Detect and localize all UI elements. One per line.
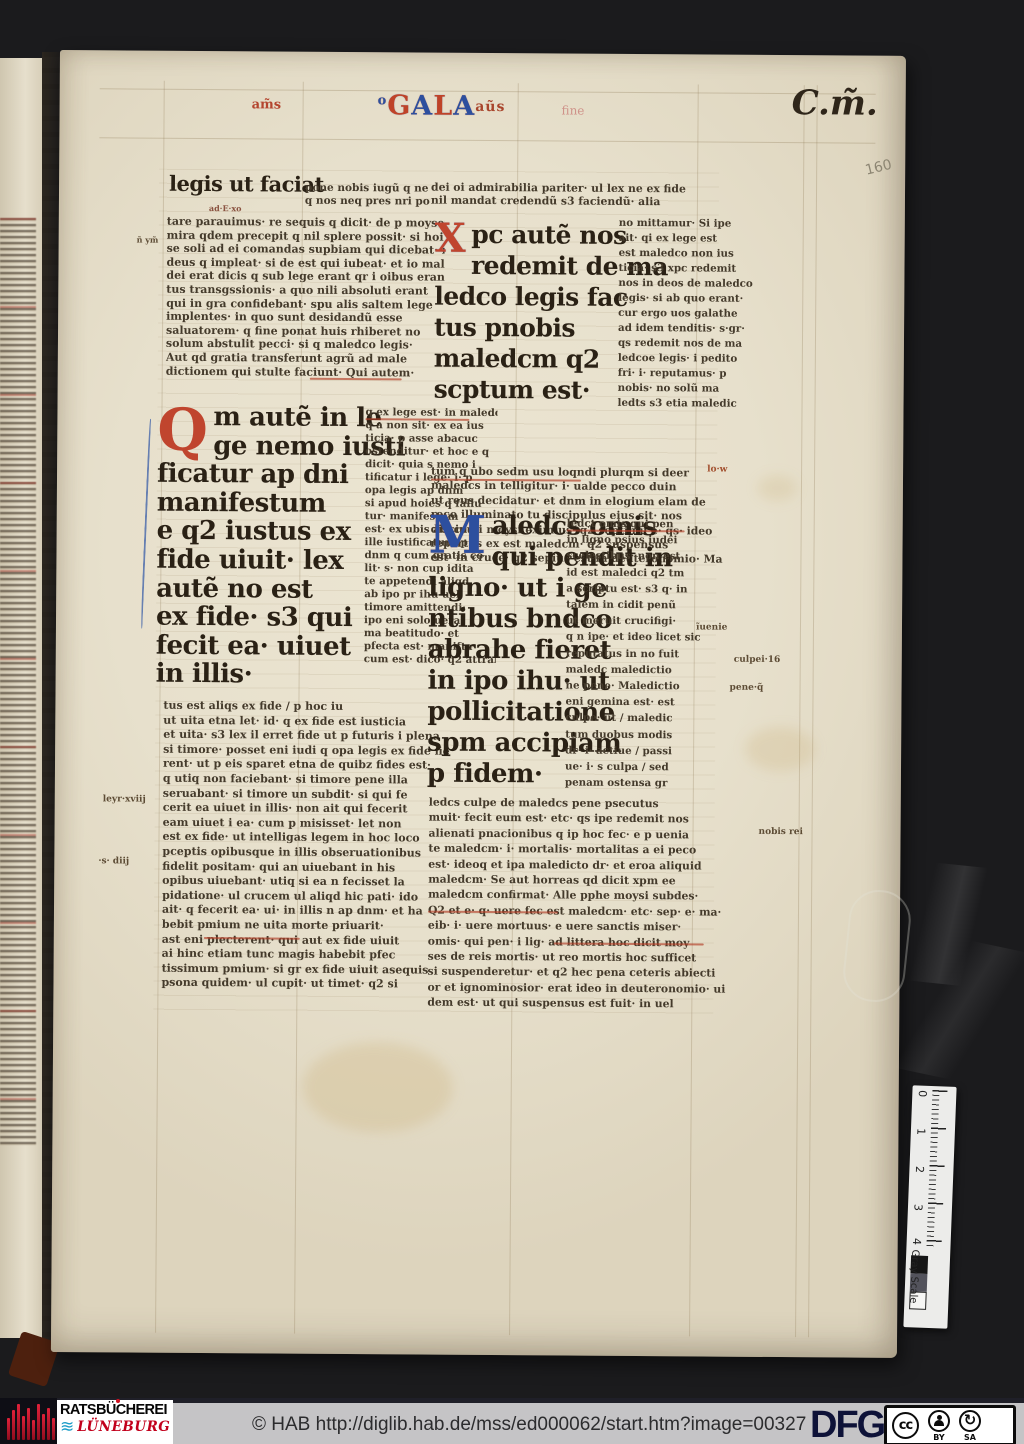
- gloss-line: qs redemit nos de ma: [618, 336, 760, 352]
- gloss-line: ad idem tenditis· s·gr·: [618, 321, 760, 337]
- interlinear-note: ad·E·xo: [209, 203, 242, 213]
- gloss-line: tum duobus modis: [565, 726, 705, 743]
- wave-icon: ≋: [60, 1420, 74, 1434]
- gloss-line: Aut qd gratia transferunt agrũ ad male: [166, 351, 444, 367]
- gloss-line: culpe· ut / maledic: [565, 710, 705, 727]
- gloss-line: fri· i· reputamus· p: [618, 366, 760, 382]
- ruler-major-ticks: [926, 1090, 947, 1248]
- gray-scale-label: Gray Scale: [907, 1249, 920, 1303]
- margin-ruling-line: [808, 85, 818, 1337]
- lemma-line: legis ut faciat: [169, 171, 324, 197]
- gloss-line: ut meruit crucifigi·: [566, 613, 706, 630]
- blue-penwork-flourish: [140, 419, 152, 629]
- gloss-block-D: no mittamur· Si ipeait· qi ex lege estes…: [617, 216, 760, 412]
- gloss-line: nobis· no solũ ma: [618, 381, 760, 397]
- parchment-stain: [302, 1042, 453, 1133]
- ruler-number: 0: [916, 1090, 929, 1102]
- gloss-line: ne pene· Maledictio: [566, 678, 706, 695]
- footer-left-dark-block: [0, 1398, 57, 1444]
- gloss-line: nos in deos de maledco: [618, 276, 760, 292]
- gloss-line: scelestibus· non est: [566, 548, 706, 565]
- gloss-line: in ligno psius iudei: [567, 532, 707, 549]
- title-letter: G: [387, 90, 411, 121]
- title-letter: L: [433, 91, 453, 122]
- gloss-line: reputatus in no fuit: [566, 645, 706, 662]
- library-city: LÜNEBURG: [77, 1419, 170, 1435]
- gloss-block-A: tare parauimus· re sequis q dicit· de p …: [166, 215, 445, 380]
- ruler-number: 3: [911, 1204, 924, 1216]
- gloss-line: dem est· ut qui suspensus est fuit· in u…: [427, 995, 771, 1013]
- running-title-left: am̃s: [252, 97, 282, 112]
- ruler-number: 1: [914, 1128, 927, 1140]
- facing-page-fore-edge: [0, 58, 42, 1338]
- title-letter: A: [411, 90, 433, 121]
- initial-Q: Q: [157, 407, 207, 454]
- lemma-line: ledco legis fac: [434, 281, 622, 313]
- dfg-logo: DFG: [810, 1404, 884, 1444]
- ruler-number: 2: [913, 1166, 926, 1178]
- gloss-line: ait· qi ex lege est: [619, 231, 761, 247]
- cc-by-group: BY: [928, 1410, 950, 1442]
- scan-viewport: am̃s oGALAaũs fine C.m̃. 160 legis ut fa…: [0, 0, 1024, 1444]
- cc-by-person-icon: [928, 1410, 950, 1432]
- library-logo-box: RATSBÜCHEREI ≋ LÜNEBURG: [57, 1400, 173, 1444]
- gloss-line: ledcoe legis· i pedito: [618, 351, 760, 367]
- margin-note-right: ĩuenie: [696, 622, 727, 632]
- lemma-line: ex fide· s3 qui: [156, 603, 398, 633]
- chapter-number: C.m̃.: [792, 83, 878, 124]
- gloss-line: id est maledci q2 tm: [566, 564, 706, 581]
- gloss-line: cur ergo uos galathe: [618, 306, 760, 322]
- gloss-line: q n ipe· et ideo licet sic: [566, 629, 706, 646]
- gloss-line: dr· i· actiue / passi: [565, 742, 705, 759]
- title-letter: A: [453, 91, 475, 122]
- cc-sa-arrow-icon: ↻: [959, 1410, 981, 1432]
- footer-bar: RATSBÜCHEREI ≋ LÜNEBURG © HAB http://dig…: [0, 1398, 1024, 1444]
- gloss-line: tus transgssionis· a quo nili absoluti e…: [166, 283, 444, 299]
- lemma-line: autẽ no est: [156, 574, 398, 604]
- initial-M: M: [428, 515, 485, 557]
- gloss-line: penam ostensa gr: [565, 775, 705, 792]
- manuscript-page: am̃s oGALAaũs fine C.m̃. 160 legis ut fa…: [51, 50, 906, 1358]
- margin-ruling-line: [795, 85, 805, 1337]
- lemma-line: ficatur ap dni: [157, 460, 399, 490]
- title-flourish: o: [378, 93, 388, 108]
- ratsbuecherei-bars-icon: [7, 1404, 55, 1440]
- gloss-line: ticia· p asse abacuc: [365, 432, 497, 446]
- gloss-block-F: ledct omis qui penin ligno psius iudeisc…: [565, 516, 707, 792]
- folio-number: 160: [864, 157, 894, 179]
- header-ruling-line: [99, 137, 875, 143]
- library-name: RATSBÜCHEREI: [60, 1402, 170, 1418]
- gloss-line: est maledco non ius: [619, 246, 761, 262]
- gloss-line: nil mandat credendũ s3 faciendũ· alia: [431, 194, 743, 210]
- lemma-line: tus pnobis: [434, 312, 622, 344]
- parchment-stain: [745, 727, 815, 771]
- gloss-line: ue· i· s culpa / sed: [565, 759, 705, 776]
- cc-icon: cc: [892, 1412, 919, 1439]
- grayscale-calibration-ruler: 0 1 2 3 4 Gray Scale: [903, 1085, 956, 1329]
- margin-note-left: leyr·xviij: [103, 794, 146, 804]
- cc-by-label: BY: [933, 1433, 944, 1442]
- faint-header-mark: fine: [562, 104, 585, 118]
- gloss-line: dictionem qui stulte faciunt· Qui autem·: [166, 364, 444, 380]
- umlaut-red-dot: [116, 1399, 120, 1403]
- gloss-right-top: dei oi admirabilia pariter· ul lex ne ex…: [431, 181, 743, 210]
- lemma-block-1: legis ut faciat: [169, 171, 324, 197]
- gloss-line: ticia· s3 xpc redemit: [618, 261, 760, 277]
- margin-note-right: lo·w: [707, 465, 727, 475]
- gloss-line: q a non sit· ex ea ius: [365, 419, 497, 433]
- facing-page-text-strip: [0, 218, 36, 1148]
- gloss-line: maledc maledictio: [566, 661, 706, 678]
- gloss-line: ledts s3 etia maledic: [617, 396, 759, 412]
- margin-note-right: pene·q̃: [730, 683, 764, 693]
- lemma-line: fecit ea· uiuet: [156, 631, 398, 661]
- lemma-line: manifestum: [157, 488, 399, 518]
- margin-note-right: culpei·16: [734, 655, 781, 665]
- lemma-line: maledcm q2: [434, 343, 622, 375]
- lemma-line: in illis·: [156, 660, 398, 690]
- cc-sa-group: ↻ SA: [959, 1410, 981, 1442]
- gloss-block-G: ledcs culpe de maledcs pene psecutusmuit…: [427, 795, 772, 1013]
- margin-note-right: nobis rei: [759, 827, 803, 837]
- cc-sa-label: SA: [964, 1433, 976, 1442]
- margin-note-left: ñ ym̃: [137, 235, 159, 245]
- title-suffix: aũs: [475, 99, 505, 115]
- gloss-line: no mittamur· Si ipe: [619, 216, 761, 232]
- cc-license-badge: cc BY ↻ SA: [884, 1405, 1016, 1444]
- gloss-line: talem in cidit penũ: [566, 597, 706, 614]
- gloss-line: legis· si ab quo erant·: [618, 291, 760, 307]
- page-title-gala: oGALAaũs: [378, 90, 506, 122]
- library-name-text: RATSBÜCHEREI: [60, 1402, 167, 1418]
- lemma-line: scptum est·: [434, 374, 622, 406]
- margin-note-left: ·s· diij: [98, 856, 129, 866]
- lemma-block-3: X pc autẽ nosredemit de maledco legis fa…: [434, 219, 623, 406]
- gloss-line: tare parauimus· re sequis q dicit· de p …: [167, 215, 445, 231]
- gloss-line: eni gemina est· est: [565, 694, 705, 711]
- attribution-text: © HAB http://diglib.hab.de/mss/ed000062/…: [252, 1414, 806, 1436]
- gloss-line: ostenditur· et hoc e q: [365, 445, 497, 459]
- lemma-line: fide uiuit· lex: [156, 546, 398, 576]
- lemma-line: e q2 iustus ex: [157, 517, 399, 547]
- initial-X: X: [435, 223, 466, 255]
- gloss-line: a scriptu est· s3 q· in: [566, 580, 706, 597]
